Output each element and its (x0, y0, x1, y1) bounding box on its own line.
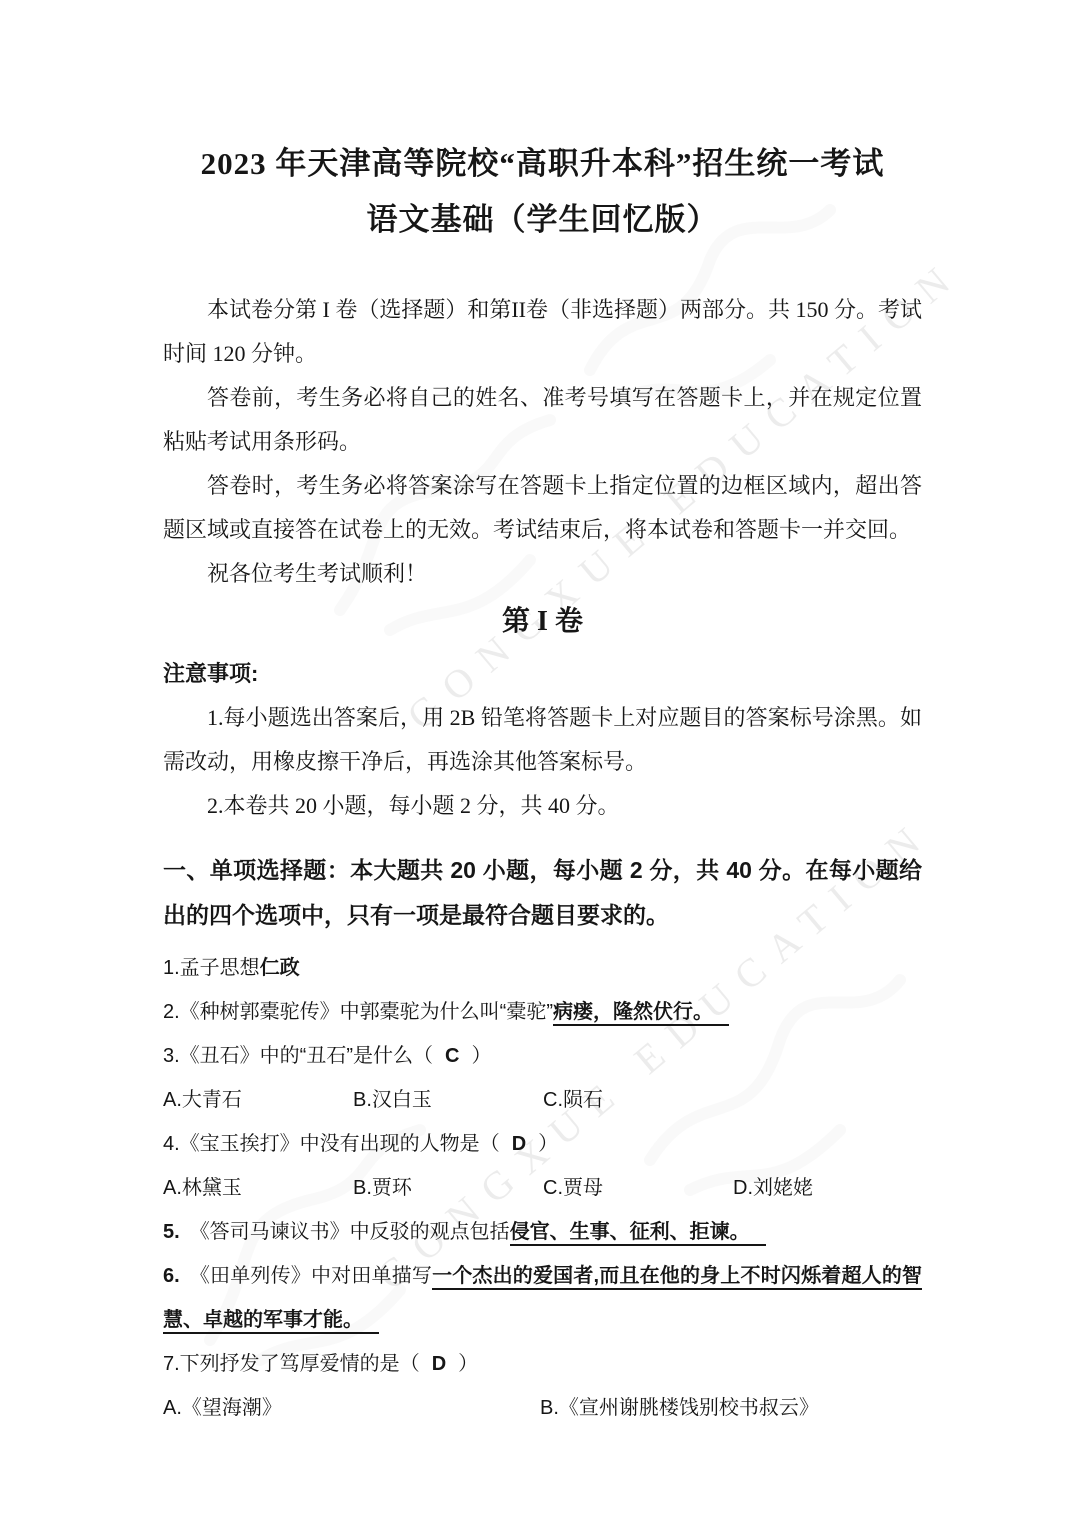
exam-title: 2023 年天津高等院校“高职升本科”招生统一考试 语文基础（学生回忆版） (163, 136, 922, 248)
question-7-text: 7.下列抒发了笃厚爱情的是 (163, 1353, 400, 1375)
close-paren: ） (471, 1045, 491, 1067)
exam-instructions: 本试卷分第 I 卷（选择题）和第II卷（非选择题）两部分。共 150 分。考试时… (163, 288, 922, 596)
question-4-text: 4.《宝玉挨打》中没有出现的人物是 (163, 1133, 480, 1155)
exam-page: 2023 年天津高等院校“高职升本科”招生统一考试 语文基础（学生回忆版） 本试… (0, 0, 1080, 1527)
question-4: 4.《宝玉挨打》中没有出现的人物是（D） (163, 1122, 922, 1166)
note-1: 1.每小题选出答案后，用 2B 铅笔将答题卡上对应题目的答案标号涂黑。如需改动，… (163, 696, 922, 784)
open-paren: （ (400, 1353, 420, 1375)
question-2-text: 2.《种树郭橐驼传》中郭橐驼为什么叫“橐驼” (163, 1001, 553, 1023)
question-3-options: A.大青石B.汉白玉C.陨石 (163, 1078, 922, 1122)
question-1-text: 1.孟子思想 (163, 957, 260, 979)
option-c: C.贾母 (543, 1166, 733, 1210)
option-a: A.大青石 (163, 1078, 353, 1122)
exam-title-line2: 语文基础（学生回忆版） (163, 192, 922, 248)
question-7-answer: D (420, 1353, 458, 1375)
question-3-answer: C (433, 1045, 471, 1067)
option-c: C.陨石 (543, 1078, 603, 1122)
question-7-options: A.《望海潮》B.《宣州谢朓楼饯别校书叔云》 (163, 1386, 922, 1430)
intro-paragraph-2: 答卷前，考生务必将自己的姓名、准考号填写在答题卡上，并在规定位置粘贴考试用条形码… (163, 376, 922, 464)
question-2-answer: 病瘘，隆然伏行。 (553, 1001, 729, 1026)
question-7: 7.下列抒发了笃厚爱情的是（D） (163, 1342, 922, 1386)
question-4-answer: D (500, 1133, 538, 1155)
part1-heading: 第 I 卷 (163, 598, 922, 646)
questions-block: 1.孟子思想仁政 2.《种树郭橐驼传》中郭橐驼为什么叫“橐驼”病瘘，隆然伏行。 … (163, 946, 922, 1430)
intro-paragraph-1: 本试卷分第 I 卷（选择题）和第II卷（非选择题）两部分。共 150 分。考试时… (163, 288, 922, 376)
question-3: 3.《丑石》中的“丑石”是什么（C） (163, 1034, 922, 1078)
question-4-options: A.林黛玉B.贾环C.贾母D.刘姥姥 (163, 1166, 922, 1210)
option-d: D.刘姥姥 (733, 1166, 813, 1210)
option-a: A.林黛玉 (163, 1166, 353, 1210)
option-a: A.《望海潮》 (163, 1386, 540, 1430)
notes-block: 注意事项: 1.每小题选出答案后，用 2B 铅笔将答题卡上对应题目的答案标号涂黑… (163, 652, 922, 828)
question-6-text: 《田单列传》中对田单描写 (190, 1265, 432, 1287)
question-5-text: 《答司马谏议书》中反驳的观点包括 (190, 1221, 510, 1243)
open-paren: （ (413, 1045, 433, 1067)
option-b: B.贾环 (353, 1166, 543, 1210)
section1-heading: 一、单项选择题：本大题共 20 小题，每小题 2 分，共 40 分。在每小题给出… (163, 848, 922, 938)
open-paren: （ (480, 1133, 500, 1155)
question-5: 5.《答司马谏议书》中反驳的观点包括侵官、生事、征利、拒谏。 (163, 1210, 922, 1254)
intro-paragraph-4: 祝各位考生考试顺利！ (163, 552, 922, 596)
question-2: 2.《种树郭橐驼传》中郭橐驼为什么叫“橐驼”病瘘，隆然伏行。 (163, 990, 922, 1034)
notes-heading: 注意事项: (163, 652, 922, 696)
close-paren: ） (538, 1133, 558, 1155)
question-5-number: 5. (163, 1221, 180, 1243)
question-6-number: 6. (163, 1265, 180, 1287)
question-6: 6.《田单列传》中对田单描写一个杰出的爱国者,而且在他的身上不时闪烁着超人的智慧… (163, 1254, 922, 1342)
close-paren: ） (458, 1353, 478, 1375)
question-1: 1.孟子思想仁政 (163, 946, 922, 990)
option-b: B.《宣州谢朓楼饯别校书叔云》 (540, 1386, 819, 1430)
question-3-text: 3.《丑石》中的“丑石”是什么 (163, 1045, 413, 1067)
exam-title-line1: 2023 年天津高等院校“高职升本科”招生统一考试 (163, 136, 922, 192)
intro-paragraph-3: 答卷时，考生务必将答案涂写在答题卡上指定位置的边框区域内，超出答题区域或直接答在… (163, 464, 922, 552)
question-1-answer: 仁政 (260, 957, 300, 979)
option-b: B.汉白玉 (353, 1078, 543, 1122)
note-2: 2.本卷共 20 小题，每小题 2 分，共 40 分。 (163, 784, 922, 828)
question-5-answer: 侵官、生事、征利、拒谏。 (510, 1221, 766, 1246)
